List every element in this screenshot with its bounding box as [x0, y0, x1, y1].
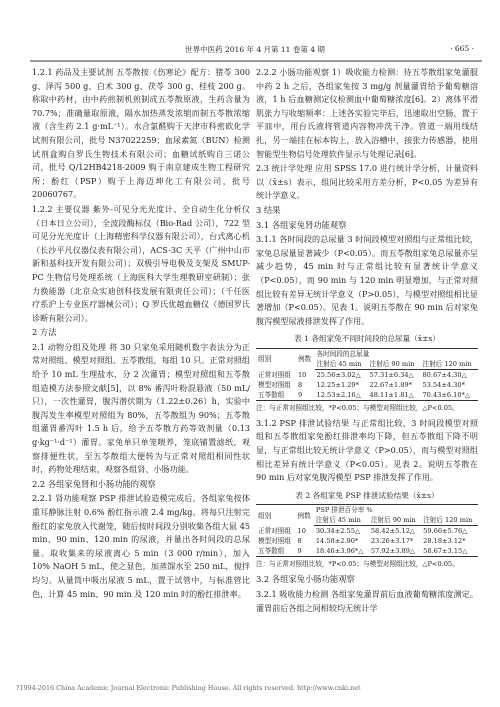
th-c1: 注射后 45 min	[315, 359, 368, 370]
th-c3: 注射后 120 min	[420, 359, 478, 370]
th-c1: 注射后 45 min	[314, 515, 369, 526]
cell-c1: 14.58±2.90*	[314, 536, 369, 546]
th-span: 各时间段的总尿量	[315, 348, 478, 359]
cell-n: 8	[296, 380, 315, 390]
page-number: · 665 ·	[450, 44, 474, 53]
table-row: 模型对照组 8 12.25±1.29* 22.67±1.89* 53.54±4.…	[256, 380, 478, 390]
cell-group: 正常对照组	[256, 369, 296, 380]
cell-c3: 70.43±6.10*△	[420, 390, 478, 401]
table1-title: 表 1 各组家兔不同时间段的总尿量（x̄±s）	[256, 332, 478, 346]
cell-c2: 57.92±3.89△	[369, 546, 421, 557]
section-3-1-1: 3.1.1 各时间段的总尿量 3 时间段模型对照组与正常组比较，家兔总尿量显著减…	[256, 233, 478, 328]
cell-n: 9	[296, 390, 315, 401]
section-2-3: 2.3 统计学处理 应用 SPSS 17.0 进行统计学分析，计量资料以（x̄±…	[256, 162, 478, 203]
cell-c1: 30.34±2.55△	[314, 526, 369, 537]
journal-title: 世界中医药 2016 年 4 月第 11 卷第 4 期	[30, 44, 480, 55]
heading-3-2: 3.2 各组家兔小肠功能观察	[256, 573, 478, 587]
section-2-2-1: 2.2.1 肾功能观察 PSP 排泄试验造模完成后，各组家兔按体重耳静脉注射 0…	[32, 492, 250, 601]
cell-n: 10	[296, 526, 314, 537]
cell-n: 10	[296, 369, 315, 380]
cell-c2: 22.67±1.89*	[368, 380, 421, 390]
running-header: 世界中医药 2016 年 4 月第 11 卷第 4 期 · 665 ·	[30, 44, 480, 58]
section-3-2-1: 3.2.1 吸收能力检测 各组家兔灌胃前后血液葡萄糖浓度测定。灌胃前后各组之间相…	[256, 588, 478, 615]
table2: 组别 例数 PSP 排泄百分率 % 注射后 45 min 注射后 90 min …	[256, 504, 478, 557]
cell-c3: 53.54±4.30*	[420, 380, 478, 390]
cell-c3: 80.67±4.30△	[420, 369, 478, 380]
section-1-2-1: 1.2.1 药品及主要试剂 五苓散按《伤寒论》配方：猪苓 300 g、泽泻 50…	[32, 66, 250, 202]
th-n: 例数	[296, 348, 315, 369]
cell-group: 五苓散组	[256, 390, 296, 401]
th-n: 例数	[296, 505, 314, 526]
th-c3: 注射后 120 min	[421, 515, 478, 526]
section-1-2-2: 1.2.2 主要仪器 紫外-可见分光光度计、全自动生化分析仪（日本日立公司），全…	[32, 203, 250, 325]
section-3-1-2: 3.1.2 PSP 排泄试验结果 与正常组比较，3 时间段模型对照组和五苓散组家…	[256, 417, 478, 485]
th-c2: 注射后 90 min	[368, 359, 421, 370]
table-row: 五苓散组 9 12.53±2.16△ 48.11±1.81△ 70.43±6.1…	[256, 390, 478, 401]
heading-results: 3 结果	[256, 204, 478, 218]
cell-c1: 12.25±1.29*	[315, 380, 368, 390]
section-2-1: 2.1 动物分组及处理 将 30 只家兔采用随机数字表法分为正常对照组、模型对照…	[32, 341, 250, 477]
th-group: 组别	[256, 348, 296, 369]
copyright-footer: ?1994-2016 China Academic Journal Electr…	[16, 684, 361, 692]
cell-group: 正常对照组	[256, 526, 296, 537]
right-column: 2.2.2 小肠功能观察 1）吸收能力检测：待五苓散组家兔灌服中药 2 h 之后…	[256, 66, 478, 616]
section-2-2-2: 2.2.2 小肠功能观察 1）吸收能力检测：待五苓散组家兔灌服中药 2 h 之后…	[256, 66, 478, 161]
cell-group: 五苓散组	[256, 546, 296, 557]
table2-note: 注：与正常对照组比较，*P<0.05；与模型对照组比较，△P<0.05。	[256, 559, 478, 570]
th-group: 组别	[256, 505, 296, 526]
cell-c2: 58.42±5.12△	[369, 526, 421, 537]
cell-c3: 58.67±3.15△	[421, 546, 478, 557]
cell-c1: 18.46±3.96*△	[314, 546, 369, 557]
table1-note: 注：与正常对照组比较，*P<0.05；与模型对照组比较，△P<0.05。	[256, 403, 478, 414]
heading-2-2: 2.2 各组家兔肾和小肠功能的观察	[32, 478, 250, 492]
cell-c1: 25.56±3.02△	[315, 369, 368, 380]
th-span: PSP 排泄百分率 %	[314, 505, 478, 516]
cell-c1: 12.53±2.16△	[315, 390, 368, 401]
cell-n: 8	[296, 536, 314, 546]
cell-c2: 48.11±1.81△	[368, 390, 421, 401]
cell-c3: 28.18±3.12*	[421, 536, 478, 546]
table-row: 五苓散组 9 18.46±3.96*△ 57.92±3.89△ 58.67±3.…	[256, 546, 478, 557]
cell-group: 模型对照组	[256, 380, 296, 390]
table-row: 模型对照组 8 14.58±2.90* 23.26±3.17* 28.18±3.…	[256, 536, 478, 546]
cell-n: 9	[296, 546, 314, 557]
cell-c2: 23.26±3.17*	[369, 536, 421, 546]
table2-title: 表 2 各组家兔 PSP 排泄试验结果（x̄±s）	[256, 489, 478, 503]
cell-group: 模型对照组	[256, 536, 296, 546]
table-row: 正常对照组 10 25.56±3.02△ 57.31±6.34△ 80.67±4…	[256, 369, 478, 380]
header-rule	[30, 60, 482, 62]
cell-c3: 59.66±5.76△	[421, 526, 478, 537]
th-c2: 注射后 90 min	[369, 515, 421, 526]
table1: 组别 例数 各时间段的总尿量 注射后 45 min 注射后 90 min 注射后…	[256, 348, 478, 401]
table-row: 正常对照组 10 30.34±2.55△ 58.42±5.12△ 59.66±5…	[256, 526, 478, 537]
heading-methods: 2 方法	[32, 326, 250, 340]
heading-3-1: 3.1 各组家兔肾功能观察	[256, 219, 478, 233]
left-column: 1.2.1 药品及主要试剂 五苓散按《伤寒论》配方：猪苓 300 g、泽泻 50…	[32, 66, 250, 602]
cell-c2: 57.31±6.34△	[368, 369, 421, 380]
